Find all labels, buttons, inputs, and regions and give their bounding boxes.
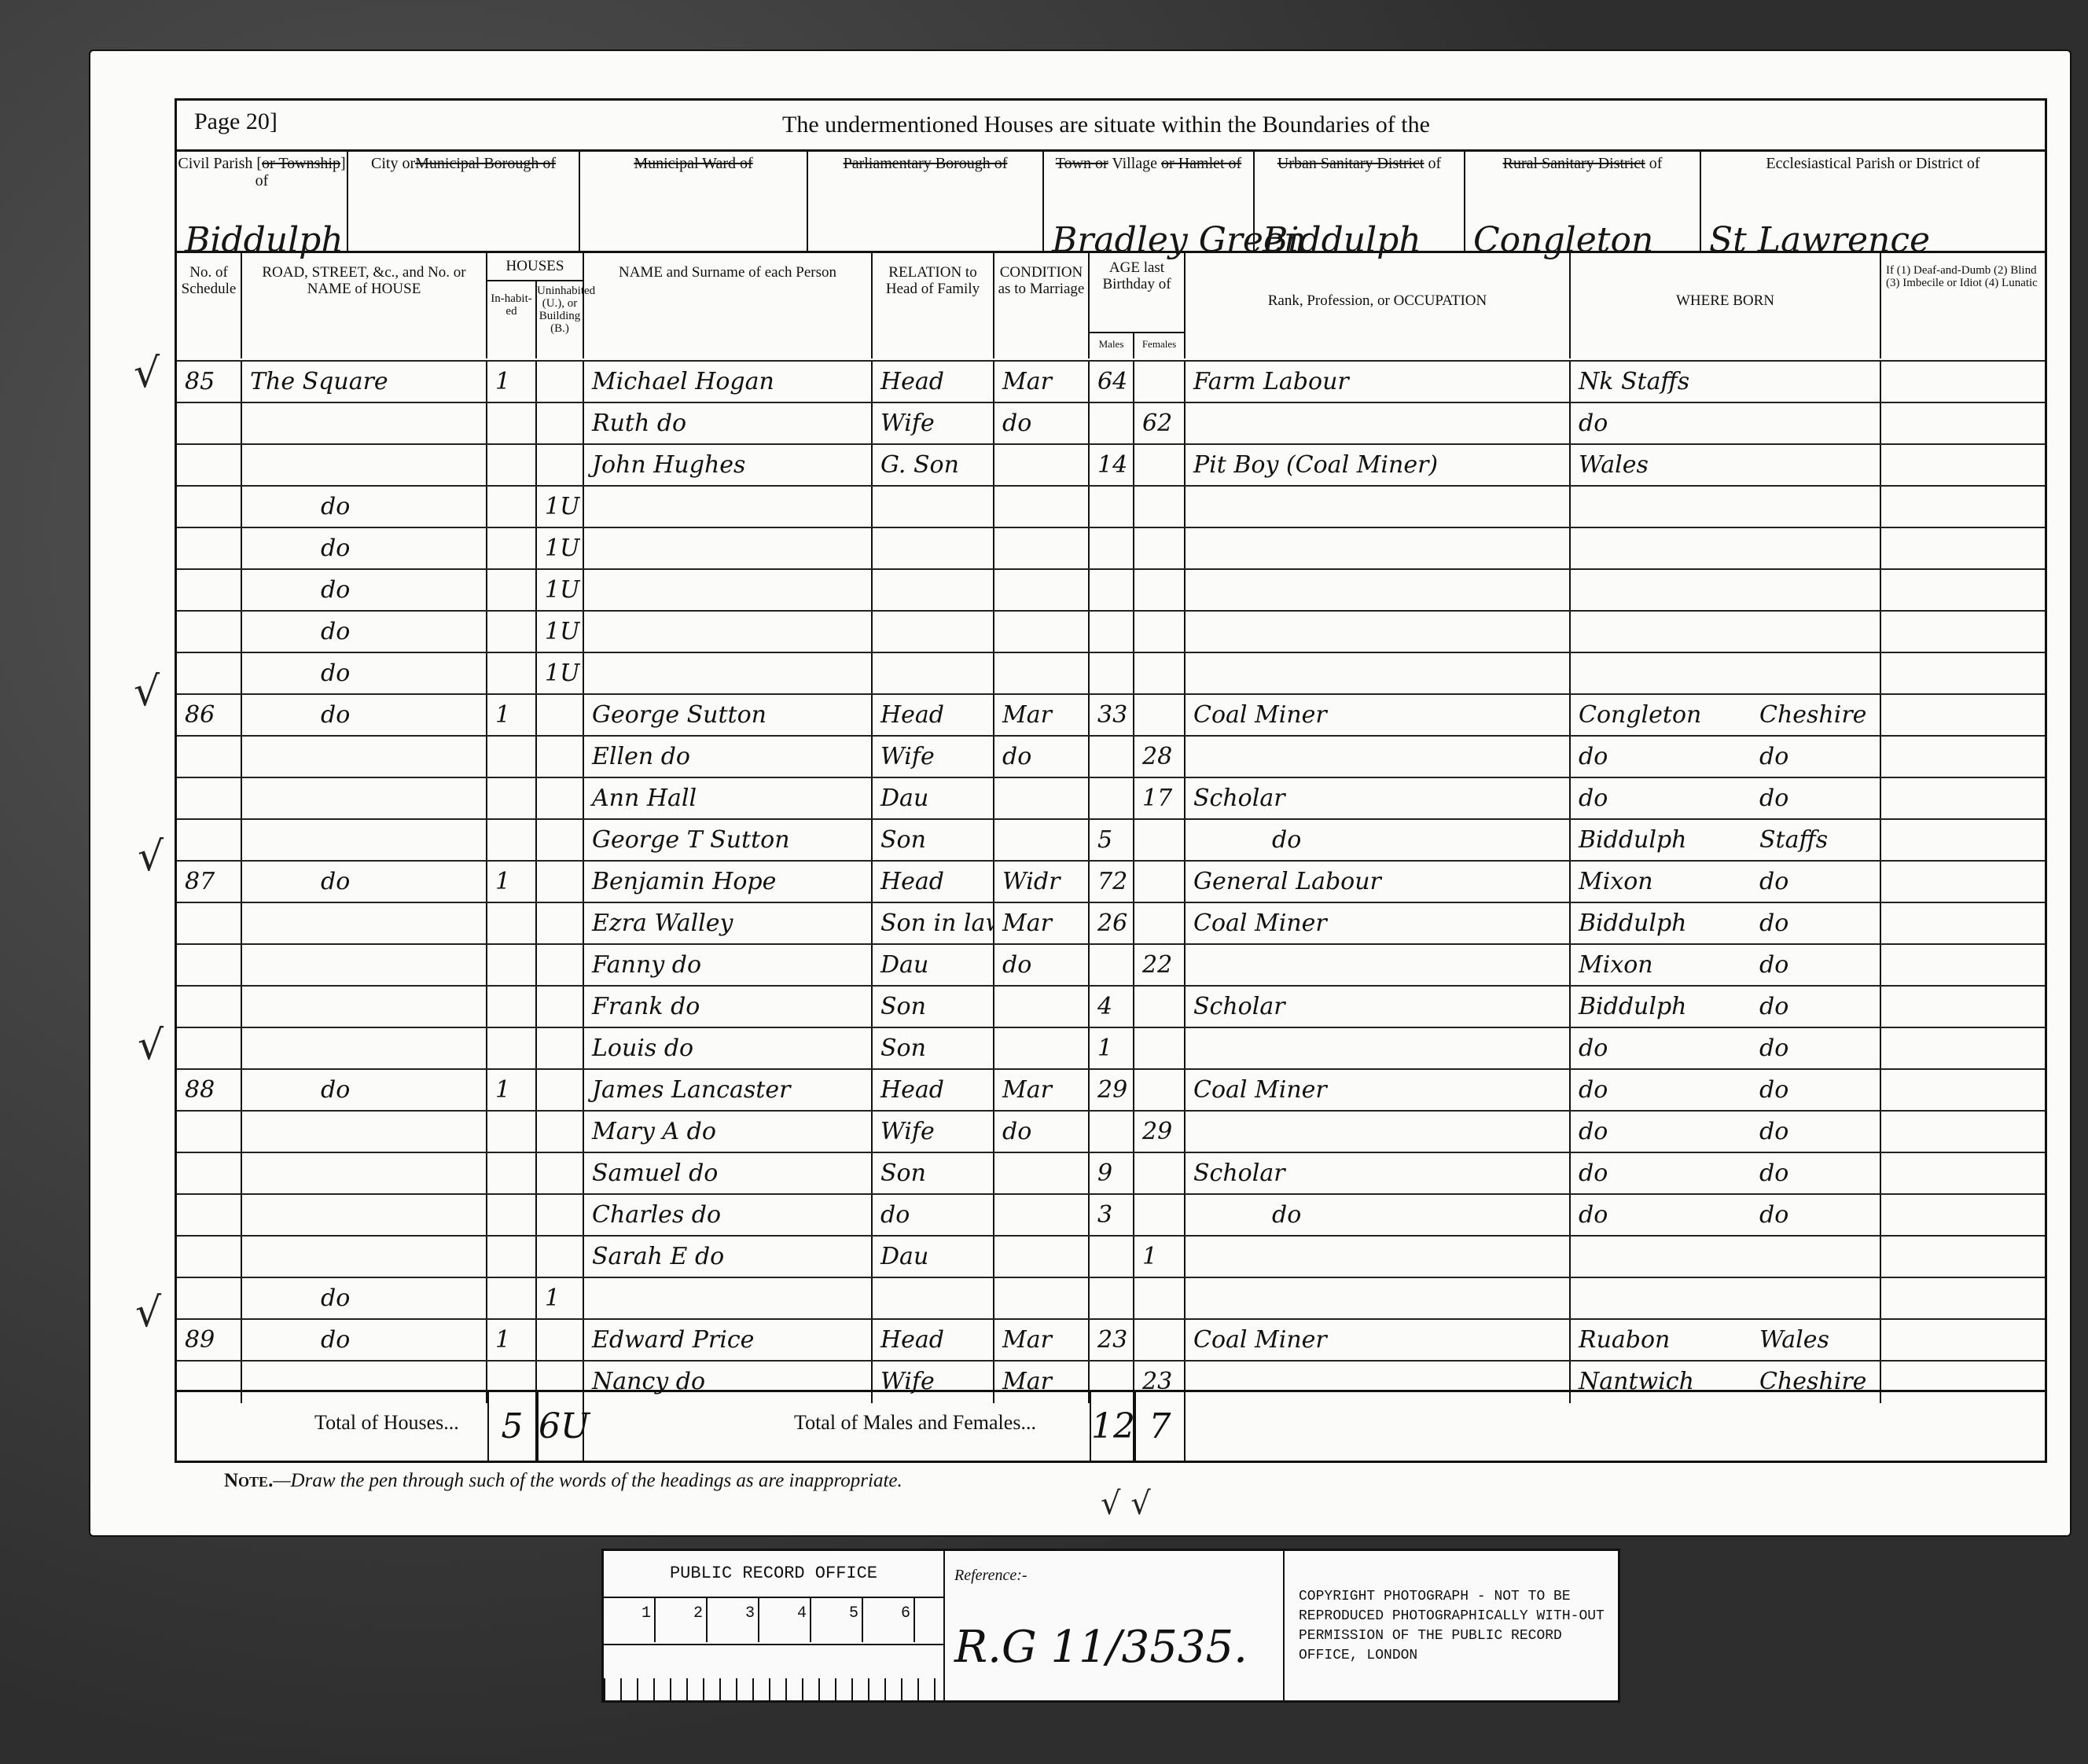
cell-infirmity bbox=[1881, 945, 2045, 987]
cell-name: James Lancaster bbox=[584, 1070, 873, 1112]
cell-infirmity bbox=[1881, 403, 2045, 445]
cell-males bbox=[1090, 403, 1134, 445]
table-row: 87do1Benjamin HopeHeadWidr72General Labo… bbox=[177, 860, 2045, 903]
cell-occupation: Scholar bbox=[1186, 778, 1571, 820]
census-page: Page 20] The undermentioned Houses are s… bbox=[90, 51, 2070, 1535]
cell-inhabited bbox=[487, 445, 537, 487]
table-row: 88do1James LancasterHeadMar29Coal Minerd… bbox=[177, 1068, 2045, 1112]
cell-road bbox=[242, 987, 487, 1028]
cell-born-county: Wales bbox=[1752, 1320, 1881, 1362]
location-label: Town or Village or Hamlet of bbox=[1044, 155, 1253, 172]
cell-males: 1 bbox=[1090, 1028, 1134, 1070]
cell-relation bbox=[873, 528, 994, 570]
cell-condition bbox=[994, 778, 1090, 820]
total-houses-label: Total of Houses... bbox=[314, 1411, 459, 1435]
cell-inhabited bbox=[487, 653, 537, 695]
cell-road: do bbox=[242, 1320, 487, 1362]
cell-name: Ezra Walley bbox=[584, 903, 873, 945]
ruler-number: 5 bbox=[811, 1598, 863, 1642]
cell-relation: Head bbox=[873, 1070, 994, 1112]
cell-males bbox=[1090, 1112, 1134, 1153]
cell-condition bbox=[994, 1028, 1090, 1070]
table-row: Ezra WalleySon in lawMar26Coal MinerBidd… bbox=[177, 902, 2045, 945]
table-row: Ellen doWifedo28dodo bbox=[177, 735, 2045, 778]
total-inhabited: 5 bbox=[487, 1392, 537, 1461]
cell-relation: Dau bbox=[873, 778, 994, 820]
cell-males: 4 bbox=[1090, 987, 1134, 1028]
table-row: Ruth doWifedo62do bbox=[177, 402, 2045, 445]
cell-born-county: do bbox=[1752, 903, 1881, 945]
cell-name: Samuel do bbox=[584, 1153, 873, 1195]
header-infirmity: If (1) Deaf-and-Dumb (2) Blind (3) Imbec… bbox=[1881, 253, 2045, 358]
cell-uninhabited bbox=[537, 945, 584, 987]
cell-name: Fanny do bbox=[584, 945, 873, 987]
cell-name: George T Sutton bbox=[584, 820, 873, 862]
cell-born-place: Wales bbox=[1571, 445, 1752, 487]
cell-born-place: do bbox=[1571, 403, 1752, 445]
cell-name bbox=[584, 612, 873, 653]
cell-inhabited: 1 bbox=[487, 1070, 537, 1112]
cell-relation: Son bbox=[873, 987, 994, 1028]
cell-inhabited bbox=[487, 945, 537, 987]
cell-born-place: do bbox=[1571, 778, 1752, 820]
cell-name: Ruth do bbox=[584, 403, 873, 445]
cell-condition bbox=[994, 528, 1090, 570]
cell-uninhabited: 1U bbox=[537, 570, 584, 612]
ruler-number: 1 bbox=[604, 1598, 656, 1642]
cell-inhabited bbox=[487, 820, 537, 862]
cell-born-county: do bbox=[1752, 1070, 1881, 1112]
cell-occupation bbox=[1186, 612, 1571, 653]
cell-condition: Mar bbox=[994, 362, 1090, 403]
cell-females: 1 bbox=[1134, 1237, 1186, 1278]
cell-road bbox=[242, 1237, 487, 1278]
table-row: Sarah E doDau1 bbox=[177, 1235, 2045, 1278]
cell-name: Mary A do bbox=[584, 1112, 873, 1153]
cell-inhabited: 1 bbox=[487, 862, 537, 903]
cell-infirmity bbox=[1881, 903, 2045, 945]
cell-uninhabited bbox=[537, 1237, 584, 1278]
cell-females bbox=[1134, 862, 1186, 903]
reference-block: Reference:- R.G 11/3535. bbox=[943, 1551, 1285, 1700]
cell-infirmity bbox=[1881, 1278, 2045, 1320]
cell-born-place: do bbox=[1571, 1070, 1752, 1112]
cell-born-place bbox=[1571, 653, 1752, 695]
cell-name bbox=[584, 1278, 873, 1320]
census-form: Page 20] The undermentioned Houses are s… bbox=[175, 98, 2047, 1463]
cell-relation bbox=[873, 570, 994, 612]
cell-name: Ann Hall bbox=[584, 778, 873, 820]
cell-condition: Widr bbox=[994, 862, 1090, 903]
cell-relation: Son bbox=[873, 820, 994, 862]
cell-males: 3 bbox=[1090, 1195, 1134, 1237]
cell-road bbox=[242, 1028, 487, 1070]
cell-females bbox=[1134, 695, 1186, 737]
cell-born-place bbox=[1571, 1237, 1752, 1278]
cell-road: The Square bbox=[242, 362, 487, 403]
pro-title: PUBLIC RECORD OFFICE bbox=[604, 1551, 943, 1598]
cell-condition bbox=[994, 820, 1090, 862]
cell-condition bbox=[994, 987, 1090, 1028]
cell-occupation: Scholar bbox=[1186, 987, 1571, 1028]
cell-uninhabited bbox=[537, 695, 584, 737]
cell-born-place bbox=[1571, 1278, 1752, 1320]
cell-infirmity bbox=[1881, 1070, 2045, 1112]
cell-uninhabited bbox=[537, 445, 584, 487]
cell-uninhabited bbox=[537, 1195, 584, 1237]
cell-road bbox=[242, 820, 487, 862]
cell-born-county bbox=[1752, 487, 1881, 528]
cell-born-county: do bbox=[1752, 945, 1881, 987]
cell-schedule bbox=[177, 1237, 242, 1278]
cell-uninhabited: 1U bbox=[537, 528, 584, 570]
cell-schedule bbox=[177, 945, 242, 987]
cell-infirmity bbox=[1881, 570, 2045, 612]
cell-inhabited bbox=[487, 737, 537, 778]
ruler-scale bbox=[604, 1644, 943, 1700]
cell-born-county: do bbox=[1752, 737, 1881, 778]
cell-road: do bbox=[242, 570, 487, 612]
cell-condition bbox=[994, 445, 1090, 487]
cell-name: Louis do bbox=[584, 1028, 873, 1070]
cell-born-county bbox=[1752, 445, 1881, 487]
cell-road bbox=[242, 737, 487, 778]
cell-road bbox=[242, 945, 487, 987]
cell-infirmity bbox=[1881, 820, 2045, 862]
cell-road: do bbox=[242, 1070, 487, 1112]
title-bar: Page 20] The undermentioned Houses are s… bbox=[177, 101, 2045, 152]
cell-schedule bbox=[177, 570, 242, 612]
cell-uninhabited bbox=[537, 1070, 584, 1112]
cell-condition bbox=[994, 653, 1090, 695]
cell-born-place: Nk Staffs bbox=[1571, 362, 1752, 403]
cell-schedule bbox=[177, 403, 242, 445]
copyright-notice: COPYRIGHT PHOTOGRAPH - NOT TO BE REPRODU… bbox=[1299, 1587, 1605, 1666]
cell-inhabited bbox=[487, 1112, 537, 1153]
cell-name bbox=[584, 570, 873, 612]
header-houses: HOUSES bbox=[487, 253, 584, 281]
cell-born-place: Congleton bbox=[1571, 695, 1752, 737]
table-row: Samuel doSon9Scholardodo bbox=[177, 1152, 2045, 1195]
cell-name: Michael Hogan bbox=[584, 362, 873, 403]
cell-occupation: Farm Labour bbox=[1186, 362, 1571, 403]
reference-value: R.G 11/3535. bbox=[954, 1622, 1248, 1673]
cell-name bbox=[584, 487, 873, 528]
cell-females: 22 bbox=[1134, 945, 1186, 987]
cell-road bbox=[242, 778, 487, 820]
cell-relation bbox=[873, 653, 994, 695]
cell-inhabited bbox=[487, 403, 537, 445]
cell-occupation: Coal Miner bbox=[1186, 1070, 1571, 1112]
cell-schedule bbox=[177, 1028, 242, 1070]
header-males: Males bbox=[1090, 333, 1134, 358]
table-row: do1U bbox=[177, 485, 2045, 528]
cell-females bbox=[1134, 528, 1186, 570]
cell-uninhabited bbox=[537, 362, 584, 403]
cell-infirmity bbox=[1881, 445, 2045, 487]
cell-uninhabited bbox=[537, 1112, 584, 1153]
cell-relation: G. Son bbox=[873, 445, 994, 487]
cell-born-county: do bbox=[1752, 1153, 1881, 1195]
location-field-7: Ecclesiastical Parish or District ofSt L… bbox=[1701, 152, 2045, 251]
cell-schedule bbox=[177, 487, 242, 528]
cell-occupation bbox=[1186, 653, 1571, 695]
cell-males bbox=[1090, 570, 1134, 612]
cell-females bbox=[1134, 820, 1186, 862]
table-row: do1U bbox=[177, 568, 2045, 612]
header-where-born: WHERE BORN bbox=[1571, 253, 1881, 358]
cell-relation: Dau bbox=[873, 945, 994, 987]
location-label: Parliamentary Borough of bbox=[808, 155, 1042, 172]
cell-uninhabited: 1 bbox=[537, 1278, 584, 1320]
cell-females bbox=[1134, 570, 1186, 612]
cell-condition: do bbox=[994, 403, 1090, 445]
cell-born-place: Ruabon bbox=[1571, 1320, 1752, 1362]
cell-schedule bbox=[177, 1153, 242, 1195]
cell-infirmity bbox=[1881, 1112, 2045, 1153]
header-condition: CONDITION as to Marriage bbox=[994, 253, 1090, 358]
pro-ruler-block: PUBLIC RECORD OFFICE 123456 bbox=[604, 1551, 945, 1700]
cell-schedule bbox=[177, 737, 242, 778]
cell-uninhabited bbox=[537, 737, 584, 778]
table-row: Ann HallDau17Scholardodo bbox=[177, 777, 2045, 820]
cell-infirmity bbox=[1881, 778, 2045, 820]
cell-uninhabited bbox=[537, 820, 584, 862]
cell-relation: Son bbox=[873, 1028, 994, 1070]
cell-uninhabited bbox=[537, 862, 584, 903]
cell-condition: Mar bbox=[994, 695, 1090, 737]
cell-males: 14 bbox=[1090, 445, 1134, 487]
cell-occupation: Coal Miner bbox=[1186, 1320, 1571, 1362]
cell-males: 29 bbox=[1090, 1070, 1134, 1112]
cell-condition: Mar bbox=[994, 1320, 1090, 1362]
cell-occupation: do bbox=[1186, 1195, 1571, 1237]
cell-schedule: 89 bbox=[177, 1320, 242, 1362]
cell-occupation bbox=[1186, 1028, 1571, 1070]
location-value: Congleton bbox=[1473, 232, 1653, 249]
cell-males bbox=[1090, 1237, 1134, 1278]
cell-relation: Wife bbox=[873, 1112, 994, 1153]
cell-occupation bbox=[1186, 528, 1571, 570]
cell-born-county bbox=[1752, 612, 1881, 653]
cell-inhabited bbox=[487, 1028, 537, 1070]
table-row: Frank doSon4ScholarBiddulphdo bbox=[177, 985, 2045, 1028]
cell-infirmity bbox=[1881, 487, 2045, 528]
cell-occupation bbox=[1186, 403, 1571, 445]
cell-inhabited bbox=[487, 528, 537, 570]
cell-relation: Head bbox=[873, 862, 994, 903]
cell-females: 17 bbox=[1134, 778, 1186, 820]
location-label: Urban Sanitary District of bbox=[1255, 155, 1464, 172]
check-mark-icon: √ bbox=[138, 1022, 164, 1069]
cell-females bbox=[1134, 1028, 1186, 1070]
cell-condition bbox=[994, 1278, 1090, 1320]
cell-occupation bbox=[1186, 945, 1571, 987]
cell-females bbox=[1134, 1278, 1186, 1320]
cell-uninhabited: 1U bbox=[537, 487, 584, 528]
table-row: Fanny doDaudo22Mixondo bbox=[177, 943, 2045, 987]
total-females: 7 bbox=[1134, 1392, 1186, 1461]
cell-inhabited bbox=[487, 1237, 537, 1278]
cell-occupation: Pit Boy (Coal Miner) bbox=[1186, 445, 1571, 487]
cell-name bbox=[584, 653, 873, 695]
cell-born-county bbox=[1752, 1237, 1881, 1278]
cell-uninhabited bbox=[537, 1028, 584, 1070]
cell-born-place: Biddulph bbox=[1571, 903, 1752, 945]
cell-uninhabited: 1U bbox=[537, 653, 584, 695]
cell-relation: Son in law bbox=[873, 903, 994, 945]
cell-relation bbox=[873, 487, 994, 528]
cell-infirmity bbox=[1881, 1153, 2045, 1195]
cell-infirmity bbox=[1881, 695, 2045, 737]
cell-condition bbox=[994, 487, 1090, 528]
cell-condition bbox=[994, 1237, 1090, 1278]
cell-road bbox=[242, 903, 487, 945]
cell-road: do bbox=[242, 695, 487, 737]
table-row: do1 bbox=[177, 1277, 2045, 1320]
cell-infirmity bbox=[1881, 1320, 2045, 1362]
table-row: Louis doSon1dodo bbox=[177, 1027, 2045, 1070]
cell-occupation bbox=[1186, 487, 1571, 528]
cell-uninhabited bbox=[537, 778, 584, 820]
page-number: Page 20] bbox=[194, 108, 278, 135]
cell-males bbox=[1090, 1278, 1134, 1320]
header-inhabited: In-habit-ed bbox=[487, 281, 537, 358]
cell-females bbox=[1134, 487, 1186, 528]
location-row: Civil Parish [or Township] ofBiddulphCit… bbox=[177, 152, 2045, 253]
cell-born-county: do bbox=[1752, 1028, 1881, 1070]
cell-schedule bbox=[177, 987, 242, 1028]
cell-road bbox=[242, 1153, 487, 1195]
header-schedule: No. of Schedule bbox=[177, 253, 242, 358]
cell-females: 28 bbox=[1134, 737, 1186, 778]
cell-born-county: do bbox=[1752, 862, 1881, 903]
footnote: Note.—Draw the pen through such of the w… bbox=[224, 1470, 902, 1492]
cell-inhabited bbox=[487, 1153, 537, 1195]
cell-born-place: Biddulph bbox=[1571, 820, 1752, 862]
cell-males bbox=[1090, 778, 1134, 820]
location-field-1: City orMunicipal Borough of bbox=[348, 152, 580, 251]
cell-born-county bbox=[1752, 362, 1881, 403]
cell-females bbox=[1134, 1153, 1186, 1195]
cell-relation: do bbox=[873, 1195, 994, 1237]
cell-females bbox=[1134, 1070, 1186, 1112]
location-value: St Lawrence bbox=[1709, 232, 1930, 249]
cell-inhabited bbox=[487, 987, 537, 1028]
cell-road bbox=[242, 403, 487, 445]
cell-males: 64 bbox=[1090, 362, 1134, 403]
cell-schedule bbox=[177, 1195, 242, 1237]
header-age: AGE last Birthday of bbox=[1090, 253, 1186, 333]
cell-born-place: do bbox=[1571, 1195, 1752, 1237]
cell-occupation: Scholar bbox=[1186, 1153, 1571, 1195]
record-office-stamp: PUBLIC RECORD OFFICE 123456 Reference:- … bbox=[601, 1549, 1620, 1703]
cell-born-place bbox=[1571, 528, 1752, 570]
cell-occupation: Coal Miner bbox=[1186, 903, 1571, 945]
ruler-number: 4 bbox=[759, 1598, 811, 1642]
cell-occupation bbox=[1186, 1237, 1571, 1278]
location-label: Municipal Ward of bbox=[580, 155, 807, 172]
cell-females bbox=[1134, 653, 1186, 695]
location-label: Ecclesiastical Parish or District of bbox=[1701, 155, 2045, 172]
cell-road: do bbox=[242, 862, 487, 903]
cell-relation: Wife bbox=[873, 403, 994, 445]
cell-inhabited: 1 bbox=[487, 1320, 537, 1362]
cell-inhabited bbox=[487, 778, 537, 820]
cell-females bbox=[1134, 362, 1186, 403]
cell-infirmity bbox=[1881, 612, 2045, 653]
cell-schedule bbox=[177, 820, 242, 862]
cell-uninhabited bbox=[537, 1320, 584, 1362]
cell-born-place: do bbox=[1571, 1028, 1752, 1070]
ruler-number: 6 bbox=[863, 1598, 915, 1642]
table-row: Charles dodo3dododo bbox=[177, 1193, 2045, 1237]
cell-uninhabited bbox=[537, 403, 584, 445]
cell-born-county: do bbox=[1752, 1195, 1881, 1237]
reference-label: Reference:- bbox=[954, 1567, 1027, 1585]
cell-born-place: Mixon bbox=[1571, 945, 1752, 987]
cell-uninhabited bbox=[537, 987, 584, 1028]
cell-infirmity bbox=[1881, 362, 2045, 403]
cell-condition: do bbox=[994, 945, 1090, 987]
cell-infirmity bbox=[1881, 862, 2045, 903]
cell-uninhabited bbox=[537, 1153, 584, 1195]
header-occupation: Rank, Profession, or OCCUPATION bbox=[1186, 253, 1571, 358]
cell-name: George Sutton bbox=[584, 695, 873, 737]
cell-occupation bbox=[1186, 570, 1571, 612]
cell-name: Edward Price bbox=[584, 1320, 873, 1362]
cell-name: Ellen do bbox=[584, 737, 873, 778]
cell-relation: Wife bbox=[873, 737, 994, 778]
cell-inhabited: 1 bbox=[487, 695, 537, 737]
cell-road bbox=[242, 1112, 487, 1153]
cell-infirmity bbox=[1881, 737, 2045, 778]
location-value: Biddulph bbox=[185, 232, 344, 249]
cell-name: Sarah E do bbox=[584, 1237, 873, 1278]
location-field-2: Municipal Ward of bbox=[580, 152, 808, 251]
cell-born-place: do bbox=[1571, 1112, 1752, 1153]
location-label: City orMunicipal Borough of bbox=[348, 155, 579, 172]
cell-females bbox=[1134, 903, 1186, 945]
cell-males: 9 bbox=[1090, 1153, 1134, 1195]
table-row: 86do1George SuttonHeadMar33Coal MinerCon… bbox=[177, 693, 2045, 737]
cell-relation: Head bbox=[873, 362, 994, 403]
cell-born-place: do bbox=[1571, 737, 1752, 778]
cell-schedule bbox=[177, 612, 242, 653]
cell-males: 33 bbox=[1090, 695, 1134, 737]
cell-uninhabited: 1U bbox=[537, 612, 584, 653]
cell-inhabited bbox=[487, 1278, 537, 1320]
location-field-5: Urban Sanitary District ofBiddulph bbox=[1255, 152, 1465, 251]
cell-born-county: do bbox=[1752, 1112, 1881, 1153]
ruler-number: 3 bbox=[708, 1598, 759, 1642]
cell-born-county: Cheshire bbox=[1752, 695, 1881, 737]
cell-road: do bbox=[242, 528, 487, 570]
cell-females bbox=[1134, 1195, 1186, 1237]
cell-inhabited bbox=[487, 903, 537, 945]
cell-schedule bbox=[177, 1112, 242, 1153]
cell-females bbox=[1134, 612, 1186, 653]
cell-condition bbox=[994, 1153, 1090, 1195]
check-mark-icon: √ bbox=[135, 1289, 161, 1336]
cell-infirmity bbox=[1881, 1195, 2045, 1237]
cell-condition: do bbox=[994, 737, 1090, 778]
cell-schedule: 85 bbox=[177, 362, 242, 403]
form-title: The undermentioned Houses are situate wi… bbox=[782, 112, 1430, 138]
cell-infirmity bbox=[1881, 1028, 2045, 1070]
cell-males bbox=[1090, 528, 1134, 570]
header-relation: RELATION to Head of Family bbox=[873, 253, 994, 358]
